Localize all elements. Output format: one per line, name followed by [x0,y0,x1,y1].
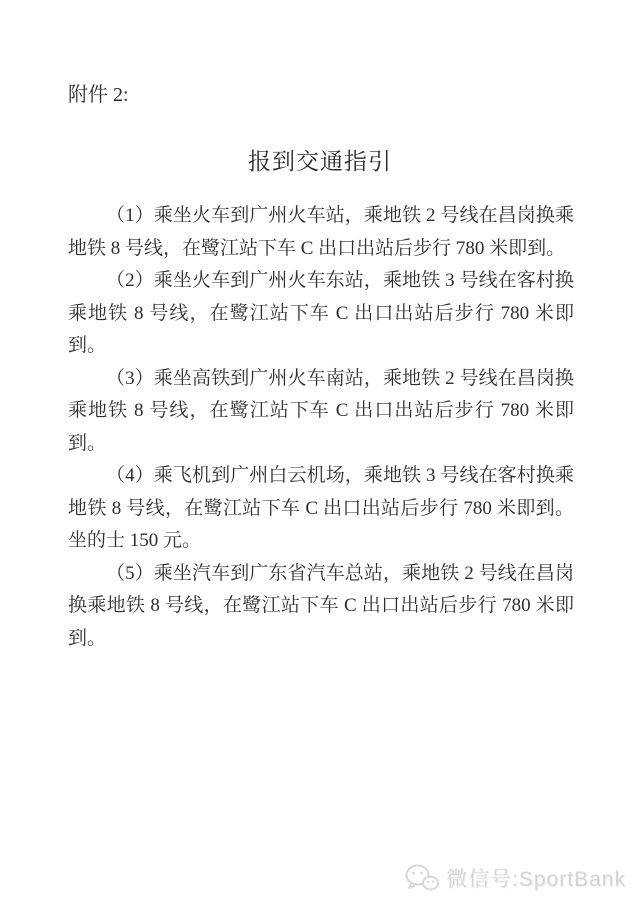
paragraph-item-4: （4）乘飞机到广州白云机场，乘地铁 3 号线在客村换乘地铁 8 号线，在鹭江站下… [68,460,574,558]
watermark-text: 微信号:SportBank [446,863,626,893]
paragraph-item-2: （2）乘坐火车到广州火车东站，乘地铁 3 号线在客村换乘地铁 8 号线，在鹭江站… [68,265,574,363]
paragraph-item-3: （3）乘坐高铁到广州火车南站，乘地铁 2 号线在昌岗换乘地铁 8 号线，在鹭江站… [68,363,574,461]
paragraph-item-1: （1）乘坐火车到广州火车站，乘地铁 2 号线在昌岗换乘地铁 8 号线，在鹭江站下… [68,200,574,265]
paragraph-item-5: （5）乘坐汽车到广东省汽车总站，乘地铁 2 号线在昌岗换乘地铁 8 号线，在鹭江… [68,558,574,656]
document-title: 报到交通指引 [0,143,640,176]
watermark: 微信号:SportBank [405,863,626,893]
document-page: 附件 2: 报到交通指引 （1）乘坐火车到广州火车站，乘地铁 2 号线在昌岗换乘… [0,0,640,905]
attachment-label: 附件 2: [68,84,129,106]
document-body: （1）乘坐火车到广州火车站，乘地铁 2 号线在昌岗换乘地铁 8 号线，在鹭江站下… [68,200,574,655]
wechat-icon [405,864,439,892]
